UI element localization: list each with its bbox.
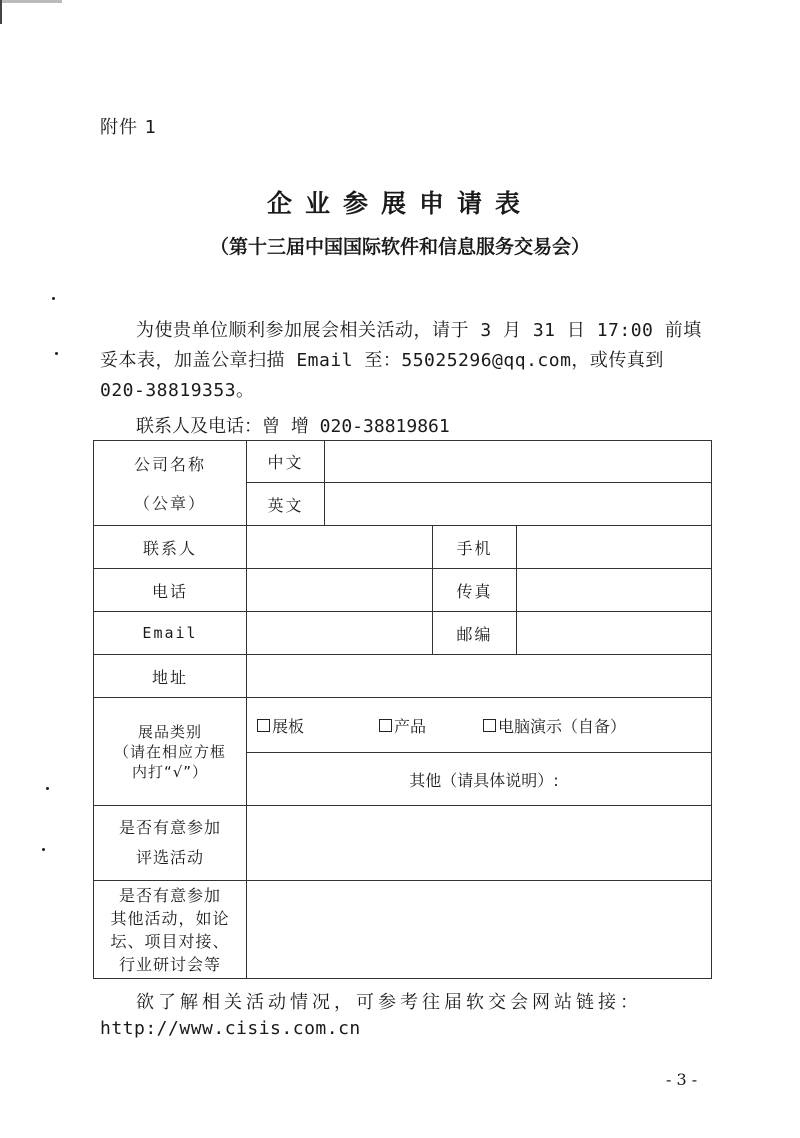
other-category-label: 其他（请具体说明）:	[409, 771, 558, 790]
checkbox-icon[interactable]	[379, 719, 392, 732]
checkbox-icon[interactable]	[483, 719, 496, 732]
category-option-product[interactable]: 产品	[379, 714, 483, 737]
attachment-label: 附件 1	[100, 113, 157, 139]
chinese-name-label: 中文	[247, 441, 325, 483]
exhibit-category-options: 展板 产品 电脑演示（自备）	[247, 698, 712, 753]
phone-label: 电话	[94, 569, 247, 612]
application-form-table: 公司名称 （公章） 中文 英文 联系人 手机 电话 传真 Email 邮编 地址…	[93, 440, 712, 979]
english-name-label: 英文	[247, 483, 325, 526]
scan-corner-mark	[0, 0, 62, 3]
scan-speck	[42, 848, 45, 851]
other-activities-field[interactable]	[247, 881, 712, 979]
other-category-field[interactable]: 其他（请具体说明）:	[247, 753, 712, 806]
category-option-board[interactable]: 展板	[257, 714, 379, 737]
english-name-field[interactable]	[325, 483, 712, 526]
exhibit-category-label: 展品类别 （请在相应方框 内打“√”）	[94, 698, 247, 806]
scan-speck	[46, 787, 49, 790]
category-option-computer-demo[interactable]: 电脑演示（自备）	[483, 714, 626, 737]
contact-line: 联系人及电话：曾 增 020-38819861	[136, 412, 450, 438]
email-label: Email	[94, 612, 247, 655]
other-activities-label: 是否有意参加 其他活动，如论 坛、项目对接、 行业研讨会等	[94, 881, 247, 979]
intro-paragraph: 为使贵单位顺利参加展会相关活动，请于 3 月 31 日 17:00 前填妥本表，…	[100, 316, 712, 406]
checkbox-icon[interactable]	[257, 719, 270, 732]
contact-person-label: 联系人	[94, 526, 247, 569]
postcode-label: 邮编	[433, 612, 517, 655]
form-subtitle: （第十三届中国国际软件和信息服务交易会）	[0, 232, 800, 259]
scan-speck	[55, 352, 58, 355]
postcode-field[interactable]	[517, 612, 712, 655]
mobile-label: 手机	[433, 526, 517, 569]
fax-field[interactable]	[517, 569, 712, 612]
website-link[interactable]: http://www.cisis.com.cn	[100, 1018, 361, 1039]
footer-note: 欲了解相关活动情况，可参考往届软交会网站链接：	[100, 988, 712, 1018]
address-label: 地址	[94, 655, 247, 698]
scan-speck	[52, 297, 55, 300]
company-name-label: 公司名称 （公章）	[94, 441, 247, 526]
chinese-name-field[interactable]	[325, 441, 712, 483]
page-number: - 3 -	[666, 1070, 697, 1089]
phone-field[interactable]	[247, 569, 433, 612]
mobile-field[interactable]	[517, 526, 712, 569]
email-field[interactable]	[247, 612, 433, 655]
contact-person-field[interactable]	[247, 526, 433, 569]
fax-label: 传真	[433, 569, 517, 612]
form-title: 企业参展申请表	[0, 184, 800, 220]
selection-activity-label: 是否有意参加 评选活动	[94, 806, 247, 881]
selection-activity-field[interactable]	[247, 806, 712, 881]
scan-edge-mark	[0, 0, 2, 24]
address-field[interactable]	[247, 655, 712, 698]
